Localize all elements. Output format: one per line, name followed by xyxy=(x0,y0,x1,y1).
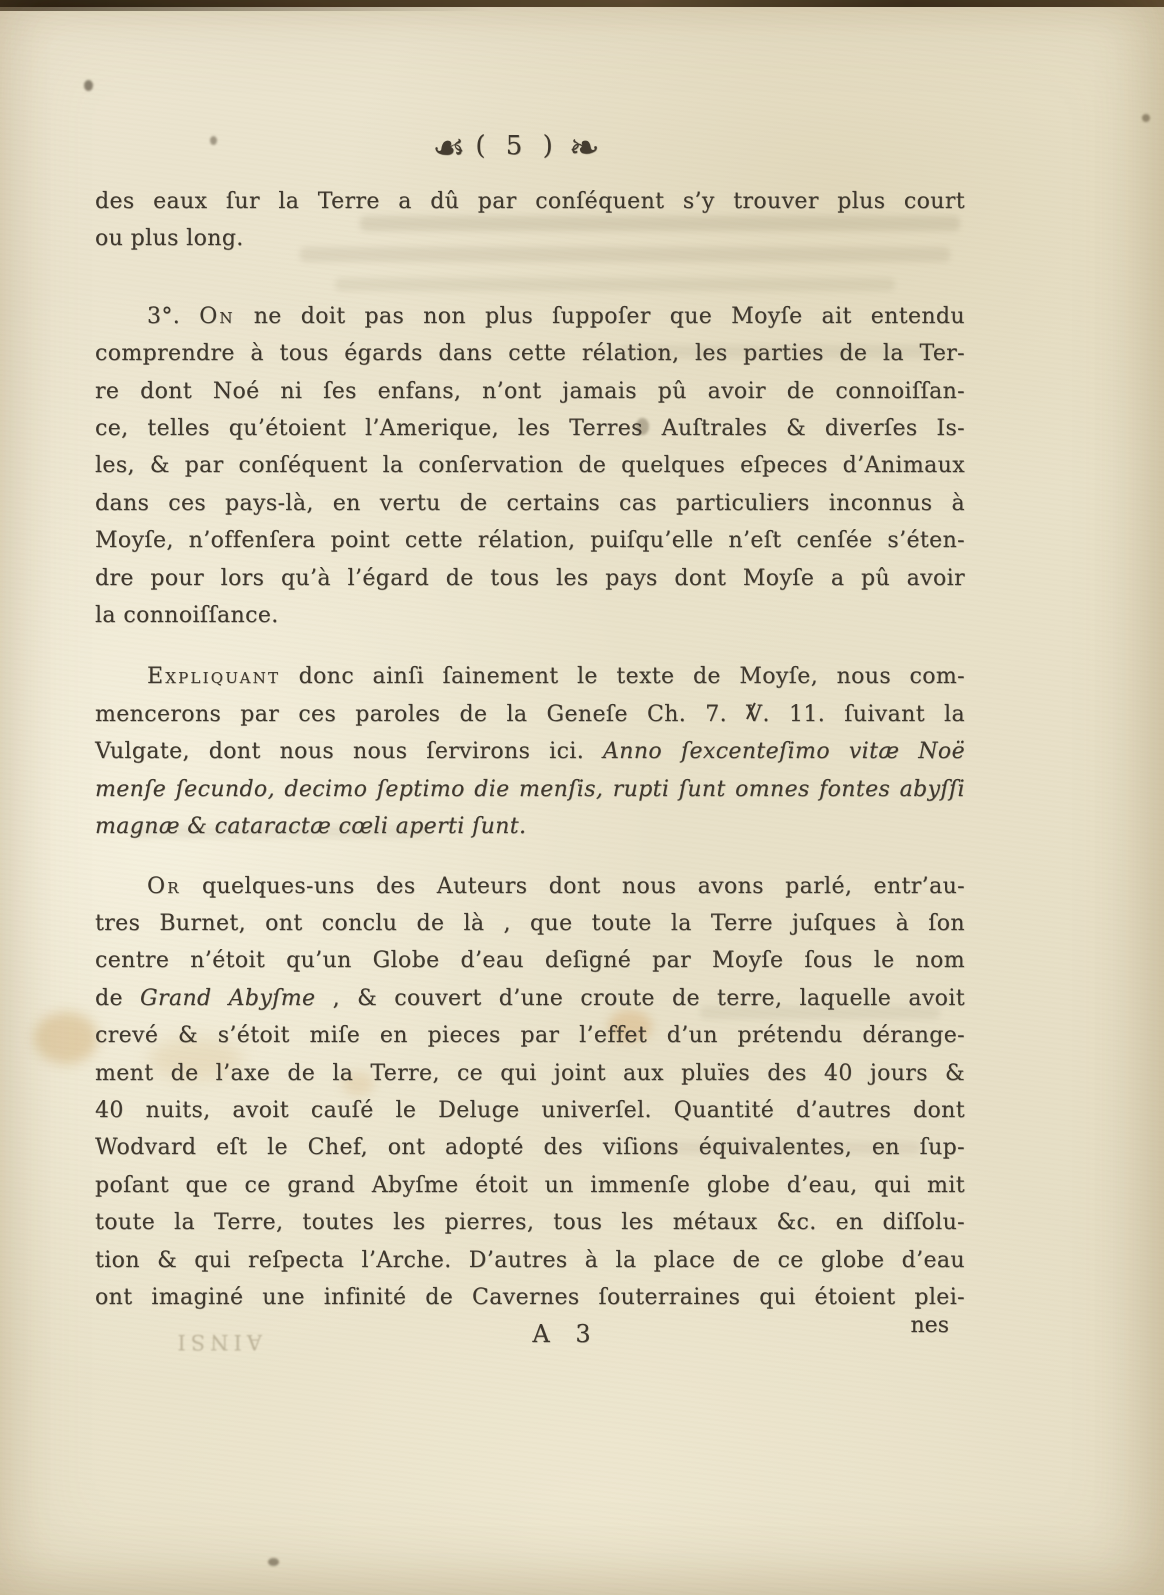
text-line: tres Burnet, ont conclu de là , que tout… xyxy=(95,905,965,942)
text-segment: tion & qui reſpecta l’Arche. D’autres à … xyxy=(95,1248,965,1273)
page-top-edge-shadow-inner xyxy=(0,7,489,11)
text-segment: ce, telles qu’étoient l’Amerique, les Te… xyxy=(95,416,965,441)
text-segment: poſant que ce grand Abyſme étoit un imme… xyxy=(95,1173,965,1198)
text-segment: Wodvard eſt le Chef, ont adopté des viſi… xyxy=(95,1135,965,1160)
bleedthrough-text: AINSI xyxy=(112,1330,262,1354)
page-top-edge-shadow xyxy=(0,0,1164,7)
paragraph: des eaux ſur la Terre a dû par conſéquen… xyxy=(95,183,965,258)
text-line: comprendre à tous égards dans cette réla… xyxy=(95,335,965,372)
text-segment: menſe ſecundo, decimo ſeptimo die menſis… xyxy=(95,777,965,802)
text-segment: de xyxy=(95,986,140,1011)
stain xyxy=(84,80,93,91)
text-segment: des eaux ſur la Terre a dû par conſéquen… xyxy=(95,189,965,214)
text-line: des eaux ſur la Terre a dû par conſéquen… xyxy=(95,183,965,220)
text-segment: centre n’étoit qu’un Globe d’eau deſigné… xyxy=(95,948,965,973)
text-line: re dont Noé ni ſes enfans, n’ont jamais … xyxy=(95,373,965,410)
text-segment: comprendre à tous égards dans cette réla… xyxy=(95,341,965,366)
text-segment: crevé & s’étoit miſe en pieces par l’eff… xyxy=(95,1023,965,1048)
page-header: ☙( 5 )❧ xyxy=(81,126,951,169)
text-line: Or quelques-uns des Auteurs dont nous av… xyxy=(95,868,965,905)
stain xyxy=(1142,114,1150,122)
text-segment: re dont Noé ni ſes enfans, n’ont jamais … xyxy=(95,379,965,404)
page-number: ( 5 ) xyxy=(465,131,568,161)
text-segment: Moyſe, n’offenſera point cette rélation,… xyxy=(95,528,965,553)
paragraph: Expliquant donc ainſi ſainement le texte… xyxy=(95,658,965,845)
text-segment: toute la Terre, toutes les pierres, tous… xyxy=(95,1210,965,1235)
text-line: tion & qui reſpecta l’Arche. D’autres à … xyxy=(95,1242,965,1279)
text-line: toute la Terre, toutes les pierres, tous… xyxy=(95,1204,965,1241)
text-line: dans ces pays-là, en vertu de certains c… xyxy=(95,485,965,522)
text-segment: Vulgate, dont nous nous ſervirons ici. xyxy=(95,739,603,764)
text-line: mencerons par ces paroles de la Geneſe C… xyxy=(95,696,965,733)
fleuron-right-icon: ❧ xyxy=(569,126,600,169)
text-line: menſe ſecundo, decimo ſeptimo die menſis… xyxy=(95,771,965,808)
text-segment: ou plus long. xyxy=(95,226,244,251)
text-segment: , & couvert d’une croute de terre, laque… xyxy=(315,986,965,1011)
text-line: la connoiſſance. xyxy=(95,597,965,634)
text-line: ont imaginé une infinité de Cavernes ſou… xyxy=(95,1279,965,1316)
paragraph: Or quelques-uns des Auteurs dont nous av… xyxy=(95,868,965,1317)
text-segment: . 11. ſuivant la xyxy=(762,702,965,727)
paragraph: 3°. On ne doit pas non plus ſuppoſer que… xyxy=(95,298,965,635)
text-line: Vulgate, dont nous nous ſervirons ici. A… xyxy=(95,733,965,770)
text-segment: dans ces pays-là, en vertu de certains c… xyxy=(95,491,965,516)
text-segment: quelques-uns des Auteurs dont nous avons… xyxy=(181,874,965,899)
text-segment: Anno ſexcenteſimo vitæ Noë xyxy=(603,739,965,764)
text-line: les, & par conſéquent la conſervation de… xyxy=(95,447,965,484)
text-line: 40 nuits, avoit cauſé le Deluge univerſe… xyxy=(95,1092,965,1129)
text-line: magnæ & cataractæ cœli aperti ſunt. xyxy=(95,808,965,845)
text-line: ou plus long. xyxy=(95,220,965,257)
versicle-symbol: V xyxy=(746,696,762,733)
scanned-book-page: ☙( 5 )❧ des eaux ſur la Terre a dû par c… xyxy=(0,0,1164,1595)
text-line: dre pour lors qu’à l’égard de tous les p… xyxy=(95,560,965,597)
text-segment: tres Burnet, ont conclu de là , que tout… xyxy=(95,911,965,936)
text-line: 3°. On ne doit pas non plus ſuppoſer que… xyxy=(95,298,965,335)
text-segment: donc ainſi ſainement le texte de Moyſe, … xyxy=(280,664,965,689)
text-line: ce, telles qu’étoient l’Amerique, les Te… xyxy=(95,410,965,447)
text-line: poſant que ce grand Abyſme étoit un imme… xyxy=(95,1167,965,1204)
text-segment: Expliquant xyxy=(147,664,280,689)
text-segment: magnæ & cataractæ cœli aperti ſunt. xyxy=(95,814,526,839)
text-line: Expliquant donc ainſi ſainement le texte… xyxy=(95,658,965,695)
text-segment: les, & par conſéquent la conſervation de… xyxy=(95,453,965,478)
text-segment: Or xyxy=(147,874,181,899)
text-line: Moyſe, n’offenſera point cette rélation,… xyxy=(95,522,965,559)
text-line: de Grand Abyſme , & couvert d’une croute… xyxy=(95,980,965,1017)
text-segment: la connoiſſance. xyxy=(95,603,279,628)
text-segment: 40 nuits, avoit cauſé le Deluge univerſe… xyxy=(95,1098,965,1123)
text-segment: ment de l’axe de la Terre, ce qui joint … xyxy=(95,1061,965,1086)
text-segment: ont imaginé une infinité de Cavernes ſou… xyxy=(95,1285,965,1310)
text-segment: 3°. xyxy=(147,304,199,329)
text-segment: ne doit pas non plus ſuppoſer que Moyſe … xyxy=(235,304,965,329)
text-segment: On xyxy=(199,304,235,329)
text-line: centre n’étoit qu’un Globe d’eau deſigné… xyxy=(95,942,965,979)
text-segment: dre pour lors qu’à l’égard de tous les p… xyxy=(95,566,965,591)
stain xyxy=(268,1558,279,1566)
text-line: crevé & s’étoit miſe en pieces par l’eff… xyxy=(95,1017,965,1054)
text-block: des eaux ſur la Terre a dû par conſéquen… xyxy=(95,183,965,1316)
text-line: ment de l’axe de la Terre, ce qui joint … xyxy=(95,1055,965,1092)
text-line: Wodvard eſt le Chef, ont adopté des viſi… xyxy=(95,1129,965,1166)
text-segment: mencerons par ces paroles de la Geneſe C… xyxy=(95,702,746,727)
stain xyxy=(34,1012,98,1064)
fleuron-left-icon: ☙ xyxy=(432,126,465,169)
text-segment: Grand Abyſme xyxy=(140,986,315,1011)
